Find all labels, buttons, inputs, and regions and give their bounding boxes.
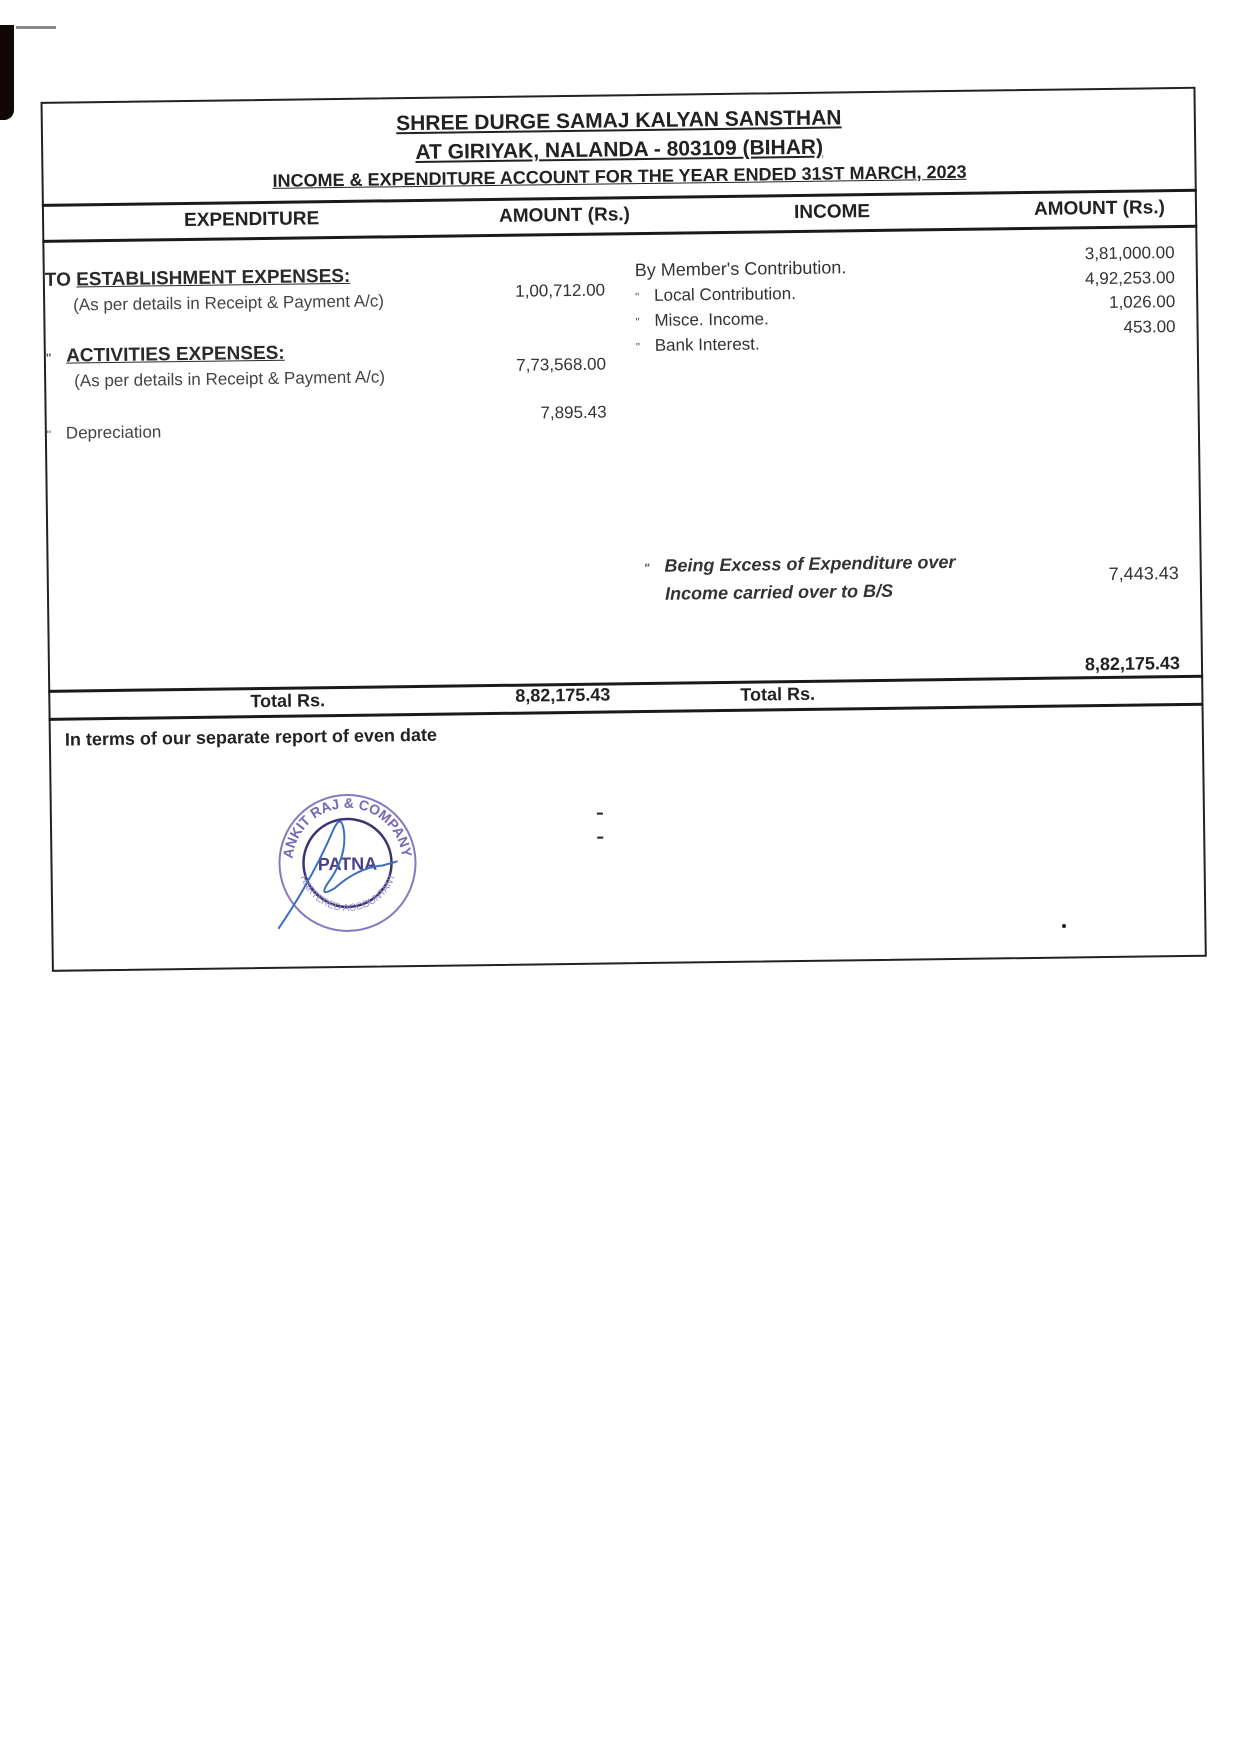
item-label: ACTIVITIES EXPENSES: [66, 343, 285, 367]
ditto-mark: " [636, 340, 640, 354]
stray-mark [597, 813, 603, 815]
svg-text:PATNA: PATNA [318, 854, 378, 875]
item-label: Bank Interest. [655, 335, 760, 355]
expenditure-item-depreciation-amount: 7,895.43 [447, 403, 607, 425]
expenditure-item-depreciation: " Depreciation [47, 422, 162, 443]
stray-dot [1062, 924, 1066, 928]
income-expenditure-statement: SHREE DURGE SAMAJ KALYAN SANSTHAN AT GIR… [32, 47, 1216, 972]
income-item-member-contribution: By Member's Contribution. [635, 257, 847, 281]
income-item-bank-interest: " Bank Interest. [636, 335, 760, 357]
svg-text:ANKIT RAJ & COMPANY: ANKIT RAJ & COMPANY [279, 794, 416, 860]
income-bank-interest-amount: 453.00 [1015, 317, 1175, 339]
income-total-label: Total Rs. [740, 684, 815, 706]
auditor-stamp-icon: ANKIT RAJ & COMPANY CHARTERED ACCOUNTANT… [272, 787, 424, 939]
expenditure-item-activities: " ACTIVITIES EXPENSES: [46, 343, 285, 368]
item-label: ESTABLISHMENT EXPENSES: [76, 266, 350, 291]
expenditure-header: EXPENDITURE [184, 208, 319, 232]
item-label: Local Contribution. [654, 284, 796, 305]
income-misc-income-amount: 1,026.00 [1015, 292, 1175, 314]
expenditure-amount-header: AMOUNT (Rs.) [499, 204, 630, 228]
income-item-misc-income: " Misce. Income. [635, 309, 769, 331]
expenditure-item-establishment: TO ESTABLISHMENT EXPENSES: [45, 266, 351, 292]
item-prefix: By [635, 260, 656, 280]
expenditure-item-activities-amount: 7,73,568.00 [446, 355, 606, 377]
ditto-mark: " [635, 315, 639, 329]
income-item-local-contribution: " Local Contribution. [635, 284, 796, 306]
expenditure-item-activities-note: (As per details in Receipt & Payment A/c… [74, 367, 385, 391]
income-member-contribution-amount: 3,81,000.00 [1014, 243, 1174, 265]
scan-edge-line [16, 26, 56, 29]
item-label: Member's Contribution. [661, 257, 847, 279]
item-label: Depreciation [66, 422, 162, 442]
income-amount-header: AMOUNT (Rs.) [1034, 197, 1165, 221]
stray-mark [597, 837, 603, 839]
item-label: Misce. Income. [654, 309, 769, 329]
expenditure-item-establishment-note: (As per details in Receipt & Payment A/c… [73, 291, 384, 315]
expenditure-item-establishment-amount: 1,00,712.00 [445, 281, 605, 303]
ditto-mark: " [644, 561, 650, 575]
income-total-amount: 8,82,175.43 [1020, 653, 1180, 676]
excess-line-2: Income carried over to B/S [665, 581, 893, 605]
item-prefix: TO [45, 270, 71, 291]
excess-text-1: Being Excess of Expenditure over [664, 552, 955, 576]
ditto-mark: " [46, 351, 52, 365]
expenditure-total-label: Total Rs. [250, 690, 325, 712]
ditto-mark: " [635, 290, 639, 304]
income-header: INCOME [794, 201, 870, 224]
scan-edge-shadow [0, 25, 14, 120]
expenditure-total-amount: 8,82,175.43 [450, 684, 610, 707]
income-local-contribution-amount: 4,92,253.00 [1015, 268, 1175, 290]
ditto-mark: " [47, 428, 51, 442]
excess-line-1: " Being Excess of Expenditure over [644, 552, 956, 577]
excess-amount: 7,443.43 [1019, 563, 1179, 586]
